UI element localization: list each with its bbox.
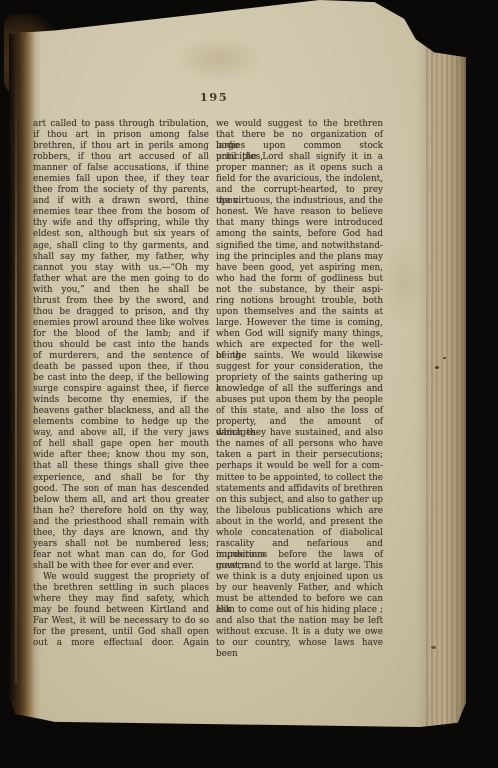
text-line: for the present, until God shall open [33, 627, 209, 638]
gutter-highlight [15, 58, 17, 683]
text-line: manner of false accusations, if thine [33, 163, 209, 174]
text-line: of murderers, and the sentence of [33, 351, 209, 362]
text-line: cannot you stay with us.—“Oh my [33, 263, 209, 274]
text-line: statements and affidavits of brethren [216, 484, 383, 495]
text-line: age, shall cling to thy garments, and [33, 241, 209, 252]
text-line: for the blood of the lamb; and if [33, 329, 209, 340]
text-line: the libelous publications which are [216, 506, 383, 517]
text-line: to our country, whose laws have been [216, 638, 383, 649]
text-line: large. However the time is coming, [216, 318, 383, 329]
text-line: thee from the society of thy parents, [33, 185, 209, 196]
text-line: enemies prowl around thee like wolves [33, 318, 209, 329]
paper-speck [443, 357, 446, 359]
text-line: that there be no organization of large [216, 130, 383, 141]
text-line: thrust from thee by the sword, and [33, 296, 209, 307]
text-line: years shall not be numbered less; [33, 539, 209, 550]
text-line: and the corrupt-hearted, to prey upon [216, 185, 383, 196]
text-line: may be found between Kirtland and [33, 605, 209, 616]
text-line: with you,” and then he shall be [33, 285, 209, 296]
text-line: who had the form of godliness but [216, 274, 383, 285]
text-line: Him to come out of his hiding place ; [216, 605, 383, 616]
text-line: suggest for your consideration, the [216, 362, 383, 373]
text-line: good. The son of man has descended [33, 484, 209, 495]
text-line: property, and the amount of damages [216, 417, 383, 428]
text-line: way, and above all, if the very jaws [33, 428, 209, 439]
text-line: not the substance, by their aspi- [216, 285, 383, 296]
paper-speck [431, 646, 436, 649]
text-line: until the Lord shall signify it in a [216, 152, 383, 163]
text-line: below them all, and art thou greater [33, 495, 209, 506]
text-line: that many things were introduced [216, 218, 383, 229]
text-line: art called to pass through tribulation, [33, 119, 209, 130]
paper-stain [174, 36, 264, 82]
text-line: heavens gather blackness, and all the [33, 406, 209, 417]
text-line: elements combine to hedge up the [33, 417, 209, 428]
text-line: we think is a duty enjoined upon us [216, 572, 383, 583]
text-line: thou should be cast into the hands [33, 340, 209, 351]
text-line: on this subject, and also to gather up [216, 495, 383, 506]
text-line: be cast into the deep, if the bellowing [33, 373, 209, 384]
text-line: than he? therefore hold on thy way, [33, 506, 209, 517]
text-line: the brethren settling in such places [33, 583, 209, 594]
text-line: the names of all persons who have [216, 439, 383, 450]
text-line: when God will signify many things, [216, 329, 383, 340]
text-line: enemies fall upon thee, if they tear [33, 174, 209, 185]
text-line: shall be with thee for ever and ever. [33, 561, 209, 572]
text-line: rascality and nefarious and murderous [216, 539, 383, 550]
text-line: we would suggest to the brethren [216, 119, 383, 130]
text-line: where they may find safety, which [33, 594, 209, 605]
page-fore-edge [426, 0, 466, 727]
text-line: enemies tear thee from the bosom of [33, 207, 209, 218]
text-line: taken a part in their persecutions; [216, 450, 383, 461]
text-line: thou be dragged to prison, and thy [33, 307, 209, 318]
text-line: the virtuous, the industrious, and the [216, 196, 383, 207]
text-line: out a more effectual door. Again [33, 638, 209, 649]
text-line: experience, and shall be for thy [33, 473, 209, 484]
text-line: winds become thy enemies, if the [33, 395, 209, 406]
text-line: ing the principles and the plans may [216, 252, 383, 263]
left-text-column: art called to pass through tribulation,i… [33, 119, 209, 649]
text-line: abuses put upon them by the people [216, 395, 383, 406]
text-line: death be passed upon thee, if thou [33, 362, 209, 373]
text-line: impositions before the laws of govern- [216, 550, 383, 561]
text-line: fear not what man can do, for God [33, 550, 209, 561]
text-line: which they have sustained, and also [216, 428, 383, 439]
text-line: of this state, and also the loss of [216, 406, 383, 417]
text-line: field for the avaricious, the indolent, [216, 174, 383, 185]
text-line: by our heavenly Father, and which [216, 583, 383, 594]
text-line: and the priesthood shall remain with [33, 517, 209, 528]
text-line: upon themselves and the saints at [216, 307, 383, 318]
text-line: and also that the nation may be left [216, 616, 383, 627]
text-line: of hell shall gape open her mouth [33, 439, 209, 450]
text-line: that all these things shall give thee [33, 461, 209, 472]
text-line: father what are the men going to do [33, 274, 209, 285]
text-line: if thou art in prison among false [33, 130, 209, 141]
text-line: bodies upon common stock principles, [216, 141, 383, 152]
text-line: and if with a drawn sword, thine [33, 196, 209, 207]
text-line: knowledge of all the sufferings and [216, 384, 383, 395]
text-line: about in the world, and present the [216, 517, 383, 528]
text-line: surge conspire against thee, if fierce [33, 384, 209, 395]
text-line: among the saints, before God had [216, 229, 383, 240]
text-line: robbers, if thou art accused of all [33, 152, 209, 163]
text-line: must be attended to before we can ask [216, 594, 383, 605]
text-line: whole concatenation of diabolical [216, 528, 383, 539]
text-line: honest. We have reason to believe [216, 207, 383, 218]
paper-speck [435, 366, 439, 369]
text-line: perhaps it would be well for a com- [216, 461, 383, 472]
text-line: have been good, yet aspiring men, [216, 263, 383, 274]
text-line: thy wife and thy offspring, while thy [33, 218, 209, 229]
text-line: shall say my father, my father, why [33, 252, 209, 263]
text-line: thee, thy days are known, and thy [33, 528, 209, 539]
text-line: proper manner; as it opens such a [216, 163, 383, 174]
text-line: without excuse. It is a duty we owe [216, 627, 383, 638]
right-text-column: we would suggest to the brethrenthat the… [216, 119, 383, 649]
text-line: propriety of the saints gathering up a [216, 373, 383, 384]
text-line: Far West, it will be necessary to do so [33, 616, 209, 627]
text-line: eldest son, although but six years of [33, 229, 209, 240]
text-line: mittee to be appointed, to collect the [216, 473, 383, 484]
page-number: 195 [179, 90, 249, 104]
book-page: 195 art called to pass through tribulati… [9, 0, 466, 727]
text-line: which are expected for the well-being [216, 340, 383, 351]
text-line: ment, and to the world at large. This [216, 561, 383, 572]
text-line: brethren, if thou art in perils among [33, 141, 209, 152]
text-line: We would suggest the propriety of [33, 572, 209, 583]
text-line: ring notions brought trouble, both [216, 296, 383, 307]
text-line: wide after thee; know thou my son, [33, 450, 209, 461]
text-line: signified the time, and notwithstand- [216, 241, 383, 252]
text-line: of the saints. We would likewise [216, 351, 383, 362]
scan-background: 195 art called to pass through tribulati… [0, 0, 498, 768]
